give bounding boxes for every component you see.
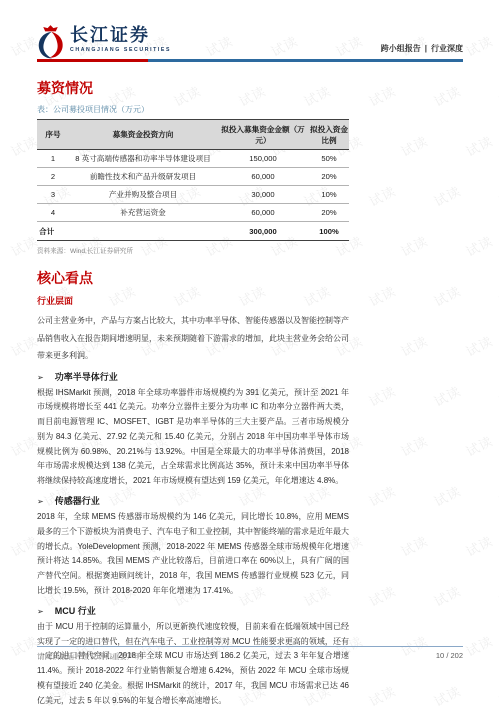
table-cell: 补充营运资金 [69,204,217,222]
watermark-text: 试读 [495,81,499,111]
watermark-text: 试读 [365,681,399,706]
watermark-text: 试读 [462,331,496,361]
watermark-text: 试读 [462,531,496,561]
column-header: 序号 [37,120,69,150]
bullet-section-power-semiconductor: ➢ 功率半导体行业 根据 IHSMarkit 预测，2018 年全球功率器件市场… [37,370,349,490]
watermark-text: 试读 [462,631,496,661]
watermark-text: 试读 [462,231,496,261]
watermark-text: 试读 [430,81,464,111]
watermark-text: 试读 [7,531,41,561]
watermark-text: 试读 [332,31,366,61]
watermark-text: 试读 [365,581,399,611]
watermark-text: 试读 [365,281,399,311]
watermark-text: 试读 [397,231,431,261]
watermark-text: 试读 [397,431,431,461]
arrow-bullet-icon: ➢ [37,497,44,506]
total-ratio-cell: 100% [309,222,349,241]
table-cell: 20% [309,168,349,186]
fundraising-table: 序号募集资金投资方向拟投入募集资金金额（万元）拟投入资金比例 18 英寸高端传感… [37,119,349,241]
watermark-text: 试读 [7,431,41,461]
watermark-text: 试读 [430,481,464,511]
main-content: 募资情况 表：公司募投项目情况（万元） 序号募集资金投资方向拟投入募集资金金额（… [37,76,349,706]
table-cell: 1 [37,150,69,168]
table-cell: 2 [37,168,69,186]
table-cell: 150,000 [217,150,309,168]
table-cell: 4 [37,204,69,222]
table-cell: 3 [37,186,69,204]
watermark-text: 试读 [430,281,464,311]
bullet-head: ➢ MCU 行业 [37,604,349,617]
table-total-row: 合计 300,000 100% [37,222,349,241]
report-tag: 跨小组报告 [381,44,421,53]
watermark-text: 试读 [495,681,499,706]
watermark-text: 试读 [365,81,399,111]
brand-block: 长江证券 CHANGJIANG SECURITIES [36,25,171,59]
table-caption: 表：公司募投项目情况（万元） [37,104,349,115]
brand-text: 长江证券 CHANGJIANG SECURITIES [70,25,171,53]
watermark-text: 试读 [365,381,399,411]
section-title-highlights: 核心看点 [37,268,349,288]
watermark-text: 试读 [397,331,431,361]
table-header-row: 序号募集资金投资方向拟投入募集资金金额（万元）拟投入资金比例 [37,120,349,150]
watermark-text: 试读 [462,31,496,61]
report-page: 试读试读试读试读试读试读试读试读试读试读试读试读试读试读试读试读试读试读试读试读… [0,0,499,706]
watermark-text: 试读 [495,581,499,611]
watermark-text: 试读 [462,131,496,161]
brand-name-en: CHANGJIANG SECURITIES [70,47,171,53]
watermark-text: 试读 [7,131,41,161]
bullet-head: ➢ 功率半导体行业 [37,370,349,383]
bullet-section-sensor: ➢ 传感器行业 2018 年，全球 MEMS 传感器市场规模约为 146 亿美元… [37,494,349,599]
bullet-title: 功率半导体行业 [55,370,118,383]
total-label-cell: 合计 [37,222,217,241]
source-note: 资料来源：Wind,长江证券研究所 [37,245,349,255]
footer-rule [37,646,463,647]
industry-intro-paragraph: 公司主营业务中，产品与方案占比较大，其中功率半导体、智能传感器以及智能控制等产品… [37,312,349,365]
watermark-text: 试读 [365,181,399,211]
report-type-header: 跨小组报告|行业深度 [381,43,463,54]
watermark-text: 试读 [202,31,236,61]
page-number: 10 / 202 [436,651,463,662]
total-amount-cell: 300,000 [217,222,309,241]
bullet-title: 传感器行业 [55,494,100,507]
watermark-text: 试读 [7,231,41,261]
watermark-text: 试读 [430,581,464,611]
subsection-title-industry: 行业层面 [37,294,349,307]
watermark-text: 试读 [495,381,499,411]
footer-disclaimer: 请阅读最后评级说明和重要声明 [37,651,142,662]
watermark-text: 试读 [430,681,464,706]
watermark-text: 试读 [267,31,301,61]
footer: 请阅读最后评级说明和重要声明 10 / 202 [37,651,463,662]
header-rule-red [37,59,148,62]
watermark-text: 试读 [365,481,399,511]
watermark-text: 试读 [7,631,41,661]
watermark-text: 试读 [430,181,464,211]
section-title-fundraising: 募资情况 [37,78,349,98]
changjiang-logo-icon [36,25,65,59]
table-cell: 20% [309,204,349,222]
watermark-text: 试读 [495,281,499,311]
table-cell: 8 英寸高端传感器和功率半导体建设项目 [69,150,217,168]
watermark-text: 试读 [495,481,499,511]
brand-name-cn: 长江证券 [70,25,171,45]
watermark-text: 试读 [7,331,41,361]
table-cell: 30,000 [217,186,309,204]
table-body: 18 英寸高端传感器和功率半导体建设项目150,00050%2前瞻性技术和产品升… [37,150,349,222]
table-cell: 60,000 [217,168,309,186]
report-depth: 行业深度 [431,44,463,53]
table-row: 3产业并购及整合项目30,00010% [37,186,349,204]
table-foot: 合计 300,000 100% [37,222,349,241]
watermark-text: 试读 [397,131,431,161]
header-rule-blue [148,59,463,62]
bullet-body-paragraph: 根据 IHSMarkit 预测，2018 年全球功率器件市场规模约为 391 亿… [37,386,349,490]
arrow-bullet-icon: ➢ [37,607,44,616]
table-cell: 10% [309,186,349,204]
tag-separator: | [425,44,427,53]
table-cell: 前瞻性技术和产品升级研发项目 [69,168,217,186]
table-row: 2前瞻性技术和产品升级研发项目60,00020% [37,168,349,186]
bullet-head: ➢ 传感器行业 [37,494,349,507]
watermark-text: 试读 [397,531,431,561]
bullet-body-paragraph: 2018 年，全球 MEMS 传感器市场规模约为 146 亿美元，同比增长 10… [37,510,349,599]
watermark-text: 试读 [495,181,499,211]
table-cell: 60,000 [217,204,309,222]
arrow-bullet-icon: ➢ [37,373,44,382]
table-cell: 50% [309,150,349,168]
header-rule [37,59,463,62]
table-row: 18 英寸高端传感器和功率半导体建设项目150,00050% [37,150,349,168]
table-row: 4补充营运资金60,00020% [37,204,349,222]
table-cell: 产业并购及整合项目 [69,186,217,204]
bullet-body-paragraph: 由于 MCU 用于控制的运算量小，所以更新换代速度较慢，目前来看在低端领域中国已… [37,620,349,706]
column-header: 拟投入资金比例 [309,120,349,150]
watermark-text: 试读 [462,431,496,461]
table-head: 序号募集资金投资方向拟投入募集资金金额（万元）拟投入资金比例 [37,120,349,150]
column-header: 拟投入募集资金金额（万元） [217,120,309,150]
watermark-text: 试读 [430,381,464,411]
bullet-title: MCU 行业 [55,604,96,617]
column-header: 募集资金投资方向 [69,120,217,150]
